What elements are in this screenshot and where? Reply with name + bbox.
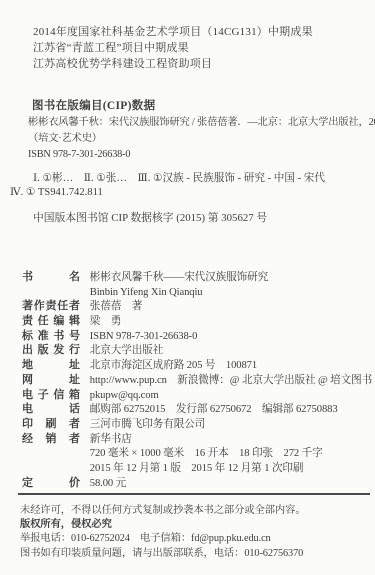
- pub-value-email: pkupw@qq.com: [90, 389, 159, 404]
- cip-description: 彬彬衣风馨千秋：宋代汉族服饰研究 / 张蓓蓓著．—北京：北京大学出版社，2015…: [28, 115, 375, 131]
- cip-classification-line-2: Ⅳ. ① TS941.742.811: [10, 186, 103, 198]
- funding-projects: 2014年度国家社科基金艺术学项目（14CG131）中期成果 江苏省“青蓝工程”…: [33, 24, 313, 72]
- divider-rule: [18, 493, 370, 495]
- pub-label-address: 地址: [22, 358, 80, 373]
- pub-row-distributor: 经销者 新华书店: [22, 432, 372, 447]
- pub-value-author: 张蓓蓓 著: [90, 300, 142, 315]
- pub-value-editor: 梁 勇: [90, 315, 121, 330]
- pub-label-editor: 责任编辑: [22, 314, 80, 329]
- pub-row-edition: 2015 年 12 月第 1 版 2015 年 12 月第 1 次印刷: [22, 461, 372, 476]
- pub-row-website: 网址 http://www.pup.cn 新浪微博：@ 北京大学出版社 @ 培文…: [22, 373, 372, 388]
- pub-label-distributor: 经销者: [22, 432, 80, 447]
- pub-value-printer: 三河市腾飞印务有限公司: [90, 418, 205, 433]
- pub-label-printer: 印刷者: [22, 417, 80, 432]
- pub-value-title: 彬彬衣风馨千秋——宋代汉族服饰研究: [90, 271, 268, 286]
- notice-quality-contact: 图书如有印装质量问题，请与出版部联系，电话：010-62756370: [20, 547, 306, 561]
- pub-row-publisher: 出版发行 北京大学出版社: [22, 343, 372, 358]
- pub-value-format: 720 毫米 × 1000 毫米 16 开本 18 印张 272 千字: [90, 447, 323, 462]
- pub-row-pinyin: Binbin Yifeng Xin Qianqiu: [22, 285, 372, 300]
- copyright-page: 2014年度国家社科基金艺术学项目（14CG131）中期成果 江苏省“青蓝工程”…: [0, 0, 375, 575]
- pub-row-printer: 印刷者 三河市腾飞印务有限公司: [22, 417, 372, 432]
- pub-label-author: 著作责任者: [22, 299, 80, 314]
- pub-label-price: 定价: [22, 476, 80, 491]
- pub-row-address: 地址 北京市海淀区成府路 205 号 100871: [22, 358, 372, 373]
- pub-value-address: 北京市海淀区成府路 205 号 100871: [90, 359, 257, 374]
- funding-line-1: 2014年度国家社科基金艺术学项目（14CG131）中期成果: [33, 24, 313, 40]
- cip-series: （培文·艺术史）: [28, 131, 375, 147]
- pub-value-phone: 邮购部 62752015 发行部 62750672 编辑部 62750883: [90, 403, 338, 418]
- pub-value-distributor: 新华书店: [90, 433, 132, 448]
- funding-line-2: 江苏省“青蓝工程”项目中期成果: [33, 40, 313, 56]
- pub-row-format: 720 毫米 × 1000 毫米 16 开本 18 印张 272 千字: [22, 446, 372, 461]
- pub-row-title: 书名 彬彬衣风馨千秋——宋代汉族服饰研究: [22, 270, 372, 285]
- cip-heading: 图书在版编目(CIP)数据: [32, 97, 155, 113]
- pub-value-publisher: 北京大学出版社: [90, 344, 163, 359]
- publication-info-table: 书名 彬彬衣风馨千秋——宋代汉族服饰研究 Binbin Yifeng Xin Q…: [22, 270, 372, 490]
- pub-row-author: 著作责任者 张蓓蓓 著: [22, 299, 372, 314]
- pub-row-editor: 责任编辑 梁 勇: [22, 314, 372, 329]
- pub-value-edition: 2015 年 12 月第 1 版 2015 年 12 月第 1 次印刷: [90, 462, 304, 477]
- copyright-notice: 未经许可，不得以任何方式复制或抄袭本书之部分或全部内容。 版权所有，侵权必究 举…: [20, 504, 306, 561]
- cip-body: 彬彬衣风馨千秋：宋代汉族服饰研究 / 张蓓蓓著．—北京：北京大学出版社，2015…: [28, 115, 375, 163]
- pub-value-pinyin: Binbin Yifeng Xin Qianqiu: [90, 286, 203, 301]
- pub-value-isbn: ISBN 978-7-301-26638-0: [90, 330, 198, 345]
- pub-row-phone: 电话 邮购部 62752015 发行部 62750672 编辑部 6275088…: [22, 402, 372, 417]
- funding-line-3: 江苏高校优势学科建设工程资助项目: [33, 56, 313, 72]
- cip-isbn: ISBN 978-7-301-26638-0: [28, 147, 375, 163]
- notice-no-copy: 未经许可，不得以任何方式复制或抄袭本书之部分或全部内容。: [20, 504, 306, 518]
- pub-label-publisher: 出版发行: [22, 343, 80, 358]
- cip-record-number: 中国版本图书馆 CIP 数据核字 (2015) 第 305627 号: [33, 210, 267, 225]
- pub-value-price: 58.00 元: [90, 477, 126, 492]
- pub-row-isbn: 标准书号 ISBN 978-7-301-26638-0: [22, 329, 372, 344]
- pub-label-isbn: 标准书号: [22, 329, 80, 344]
- pub-label-email: 电子信箱: [22, 388, 80, 403]
- pub-row-email: 电子信箱 pkupw@qq.com: [22, 388, 372, 403]
- notice-report-contact: 举报电话：010-62752024 电子信箱：fd@pup.pku.edu.cn: [20, 532, 306, 546]
- cip-classification-line-1: Ⅰ. ①彬… Ⅱ. ①张… Ⅲ. ①汉族 - 民族服饰 - 研究 - 中国 - …: [33, 170, 325, 185]
- pub-row-price: 定价 58.00 元: [22, 476, 372, 491]
- pub-label-phone: 电话: [22, 402, 80, 417]
- pub-label-website: 网址: [22, 373, 80, 388]
- notice-rights-reserved: 版权所有，侵权必究: [20, 518, 306, 532]
- pub-value-website: http://www.pup.cn 新浪微博：@ 北京大学出版社 @ 培文图书: [90, 374, 372, 389]
- pub-label-title: 书名: [22, 270, 80, 285]
